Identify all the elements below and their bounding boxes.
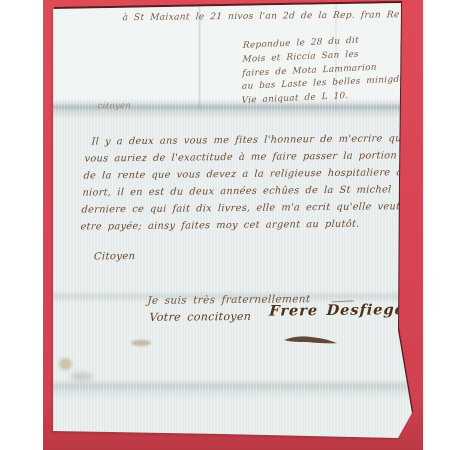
letter-paper-shadow: à St Maixant le 21 nivos l'an 2d de la R… [43, 0, 423, 450]
signature: Frere Desfieges [269, 301, 415, 320]
handwriting-layer: à St Maixant le 21 nivos l'an 2d de la R… [41, 0, 426, 450]
signoff-line: Votre concitoyen [149, 310, 252, 324]
product-photo-red-background: à St Maixant le 21 nivos l'an 2d de la R… [43, 0, 423, 450]
letter-dateline: à St Maixant le 21 nivos l'an 2d de la R… [122, 10, 400, 23]
reply-docket-note: Repondue le 28 du dit Mois et Riccia San… [241, 32, 412, 109]
salutation-citoyen-faint: citoyen [97, 101, 131, 111]
signature-paraph [394, 303, 429, 353]
letter-body: Il y a deux ans vous me fites l'honneur … [80, 130, 408, 235]
body-line: etre payée; ainsy faites moy cet argent … [80, 215, 403, 235]
signature-flourish [283, 334, 339, 347]
letter-paper: à St Maixant le 21 nivos l'an 2d de la R… [43, 0, 423, 450]
salutation-citoyen: Citoyen [94, 251, 136, 262]
